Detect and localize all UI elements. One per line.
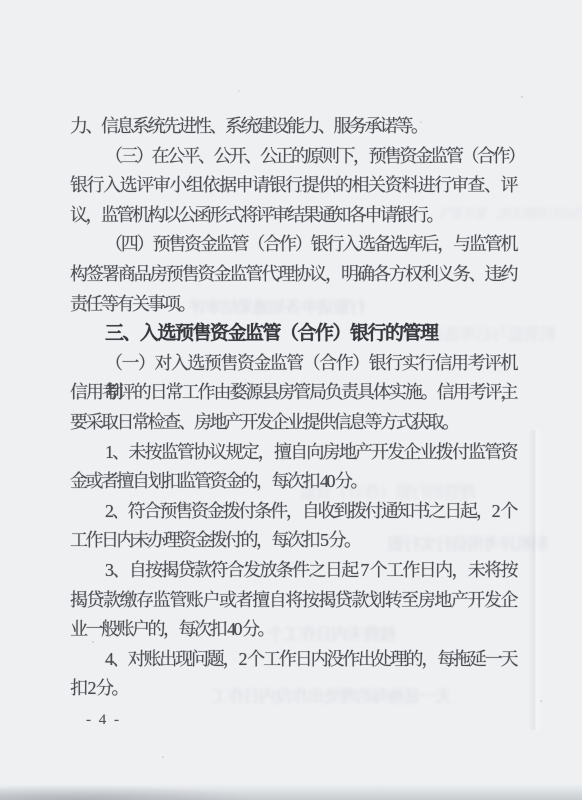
doc-line: 1、未按监管协议规定，擅自向房地产开发企业拨付监管资: [70, 438, 516, 468]
doc-line: 力、信息系统先进性、系统建设能力、服务承诺等。: [70, 112, 516, 142]
scanned-document-page: 力、信息系统先进性、系统建设能力、服务承诺等。 （三）在公平、公开、公正的原则下…: [0, 0, 582, 800]
document-body: 力、信息系统先进性、系统建设能力、服务承诺等。 （三）在公平、公开、公正的原则下…: [70, 112, 516, 704]
doc-line: 要采取日常检查、房地产开发企业提供信息等方式获取。: [70, 408, 516, 438]
scan-edge-shadow: [0, 784, 582, 800]
page-number: - 4 -: [86, 712, 121, 729]
doc-line: 责任等有关事项。: [70, 290, 516, 320]
doc-line: （四）预售资金监管（合作）银行入选备选库后，与监管机: [70, 230, 516, 260]
doc-line: 2、符合预售资金拨付条件，自收到拨付通知书之日起，2 个: [70, 497, 516, 527]
paper-crease: [528, 430, 542, 730]
doc-line: 议，监管机构以公函形式将评审结果通知各申请银行。: [70, 201, 516, 231]
doc-line: 业一般账户的，每次扣 40 分。: [70, 615, 516, 645]
doc-line: （一）对入选预售资金监管（合作）银行实行信用考评机制，: [70, 349, 516, 379]
scan-edge-smudge: [0, 778, 260, 800]
section-heading: 三、入选预售资金监管（合作）银行的管理: [70, 319, 516, 349]
doc-line: 揭贷款缴存监管账户或者擅自将按揭贷款划转至房地产开发企: [70, 586, 516, 616]
doc-line: 扣 2 分。: [70, 674, 516, 704]
scan-noise-specks: [0, 0, 2, 2]
doc-line: 4、对账出现问题，2 个工作日内没作出处理的，每拖延一天: [70, 645, 516, 675]
doc-line: 金或者擅自划扣监管资金的，每次扣 40 分。: [70, 467, 516, 497]
doc-line: 信用考评的日常工作由婺源县房管局负责具体实施。信用考评主: [70, 378, 516, 408]
doc-line: 工作日内未办理资金拨付的，每次扣 5 分。: [70, 526, 516, 556]
doc-line: 构签署商品房预售资金监管代理协议，明确各方权利义务、违约: [70, 260, 516, 290]
doc-line: 银行入选评审小组依据申请银行提供的相关资料进行审查、评: [70, 171, 516, 201]
doc-line: 3、自按揭贷款符合发放条件之日起 7 个工作日内，未将按: [70, 556, 516, 586]
doc-line: （三）在公平、公开、公正的原则下，预售资金监管（合作）: [70, 142, 516, 172]
